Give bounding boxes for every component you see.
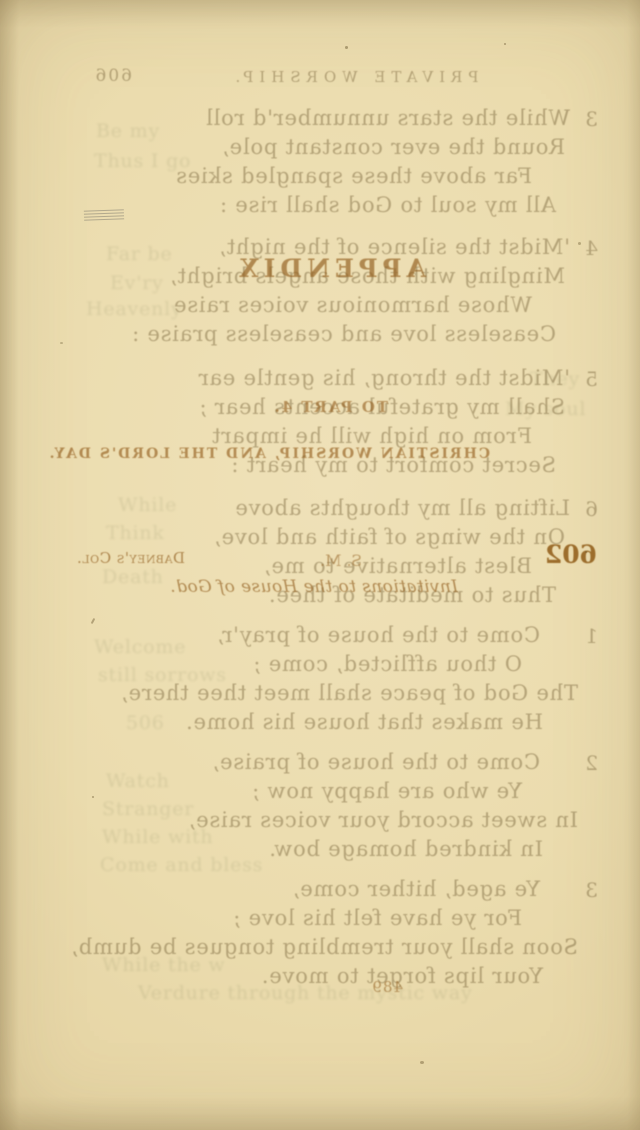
section-heading: CHRISTIAN WORSHIP, AND THE LORD'S DAY. (48, 446, 490, 462)
scanned-book-page: Be myThus I goFar beEv'ryHeavenlyTheyMy … (0, 0, 640, 1130)
appendix-subtitle: TO PART 4. (272, 398, 388, 416)
dark-text-layer: APPENDIX TO PART 4. CHRISTIAN WORSHIP, A… (0, 0, 640, 1130)
hymn-title: Invitations to the House of God. (170, 577, 458, 597)
hymn-meter: S. M. (320, 551, 362, 570)
page-number-bottom: 489 (371, 978, 403, 996)
hymn-source: Dabney's Col. (77, 549, 185, 567)
appendix-title: APPENDIX (234, 254, 426, 283)
hymn-number: 602 (545, 540, 597, 569)
mirrored-print-layer: PRIVATE WORSHIP. 606 3 While the stars u… (0, 0, 640, 1130)
